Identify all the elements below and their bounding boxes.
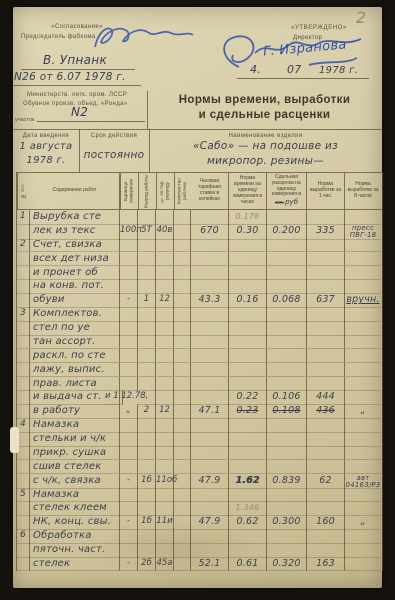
table-cell xyxy=(267,543,307,558)
table-cell xyxy=(267,501,307,516)
table-header-row: № п.п.Содержание работЕдиница измеренияР… xyxy=(17,173,382,210)
table-row: обуви-11243.30.160.068637вручн. xyxy=(17,293,382,307)
table-cell xyxy=(174,210,191,225)
column-header: Разряд работы xyxy=(138,173,156,209)
table-cell xyxy=(267,460,307,475)
table-row: лек из текс100п5Т40в6700.300.200335пресс… xyxy=(17,224,382,238)
table-row: прикр. сушка xyxy=(17,446,382,460)
table-cell xyxy=(120,210,138,225)
table-cell xyxy=(229,321,267,336)
table-cell xyxy=(191,377,229,392)
table-cell xyxy=(156,307,174,322)
table-cell xyxy=(17,404,30,419)
table-row: стельки и ч/к xyxy=(17,432,382,446)
table-cell xyxy=(120,252,138,267)
table-row: раскл. по сте xyxy=(17,349,382,363)
table-cell: Вырубка сте xyxy=(30,210,120,225)
table-cell: всех дет низа xyxy=(30,252,120,267)
table-cell xyxy=(267,377,307,392)
table-cell xyxy=(17,377,30,392)
table-cell xyxy=(267,418,307,433)
table-cell xyxy=(229,418,267,433)
underline xyxy=(237,78,369,79)
table-row: всех дет низа xyxy=(17,252,382,266)
divider xyxy=(147,91,148,129)
table-cell xyxy=(120,446,138,461)
table-cell xyxy=(17,279,30,294)
document-title: Нормы времени, выработки и сдельные расц… xyxy=(149,93,380,123)
table-cell xyxy=(138,363,156,378)
table-cell xyxy=(17,252,30,267)
table-cell xyxy=(17,557,30,572)
table-cell xyxy=(345,252,381,267)
table-cell xyxy=(156,210,174,225)
table-cell xyxy=(138,335,156,350)
term-value: постоянно xyxy=(79,149,149,161)
table-cell xyxy=(345,363,381,378)
table-row: с ч/к, связка-1б11об47.91.620.83962авт 0… xyxy=(17,474,382,488)
table-cell: и 1.12.78, xyxy=(105,390,123,405)
table-cell: 0.068 xyxy=(267,293,307,308)
table-cell xyxy=(229,488,267,503)
table-cell xyxy=(17,335,30,350)
table-cell xyxy=(229,279,267,294)
table-cell: 0.22 xyxy=(229,390,267,405)
table-cell xyxy=(156,266,174,281)
table-row: в работу„21247.10.230.108436„ xyxy=(17,404,382,418)
table-cell xyxy=(120,266,138,281)
table-cell xyxy=(345,543,381,558)
table-row: сшив стелек xyxy=(17,460,382,474)
table-cell xyxy=(191,349,229,364)
table-row: 2Счет, свизка xyxy=(17,238,382,252)
table-cell: 47.1 xyxy=(191,404,229,419)
table-cell xyxy=(267,238,307,253)
table-cell xyxy=(345,501,381,516)
table-cell xyxy=(307,279,345,294)
agreement-role: Председатель фабкома xyxy=(21,34,96,40)
table-cell: и пронет об xyxy=(30,266,120,281)
table-cell xyxy=(156,390,174,405)
table-cell xyxy=(307,266,345,281)
table-row: лажу, выпис. xyxy=(17,363,382,377)
table-cell xyxy=(307,529,345,544)
table-cell xyxy=(174,460,191,475)
table-cell xyxy=(17,390,30,405)
table-cell: 0.320 xyxy=(267,557,307,572)
table-cell xyxy=(267,266,307,281)
table-cell xyxy=(17,321,30,336)
table-cell: тан ассорт. xyxy=(30,335,120,350)
table-cell xyxy=(191,266,229,281)
table-row: стелек клеем1.346 xyxy=(17,501,382,515)
table-cell xyxy=(307,543,345,558)
table-cell xyxy=(229,363,267,378)
table-cell: 0.178 xyxy=(229,210,267,225)
table-cell xyxy=(138,210,156,225)
table-row: прав. листа xyxy=(17,377,382,391)
table-cell xyxy=(229,432,267,447)
table-cell: стелек клеем xyxy=(30,501,120,516)
table-cell xyxy=(345,349,381,364)
table-cell xyxy=(229,349,267,364)
approval-month: 07 xyxy=(287,63,302,76)
paper-tear xyxy=(10,427,19,453)
table-cell xyxy=(267,335,307,350)
column-header: Сдельная расценка на единицу измерения в… xyxy=(267,173,307,209)
table-cell xyxy=(307,210,345,225)
term-label: Срок действия xyxy=(79,133,149,139)
table-cell xyxy=(307,446,345,461)
table-cell xyxy=(138,501,156,516)
table-cell xyxy=(229,446,267,461)
table-cell xyxy=(307,460,345,475)
table-cell xyxy=(156,279,174,294)
table-cell: стельки и ч/к xyxy=(30,432,120,447)
column-header: Часовая тарифная ставка в копейках xyxy=(191,173,229,209)
approval-year: 1978 г. xyxy=(319,65,358,76)
table-cell xyxy=(156,363,174,378)
table-cell: „ xyxy=(345,515,381,530)
table-cell xyxy=(267,307,307,322)
table-cell xyxy=(17,460,30,475)
item-name-value: «Сабо» — на подошве из xyxy=(149,140,382,152)
table-cell xyxy=(191,321,229,336)
table-cell xyxy=(191,238,229,253)
section-label: участок xyxy=(15,117,34,123)
table-cell xyxy=(174,238,191,253)
table-cell xyxy=(120,279,138,294)
table-cell xyxy=(174,279,191,294)
table-cell xyxy=(174,501,191,516)
table-cell xyxy=(120,321,138,336)
table-cell xyxy=(174,252,191,267)
table-cell xyxy=(267,252,307,267)
table-cell: Намазка xyxy=(30,418,120,433)
table-cell xyxy=(267,363,307,378)
table-cell: 6 xyxy=(17,529,30,544)
table-cell xyxy=(307,377,345,392)
table-cell xyxy=(120,418,138,433)
approval-day: 4. xyxy=(250,63,261,76)
table-cell xyxy=(138,279,156,294)
table-cell: обуви xyxy=(30,293,120,308)
section-number: N2 xyxy=(71,105,88,119)
table-cell xyxy=(307,238,345,253)
table-cell xyxy=(174,307,191,322)
table-row: 5Намазка xyxy=(17,488,382,502)
table-cell xyxy=(156,488,174,503)
table-cell: 43.3 xyxy=(191,293,229,308)
table-cell: 0.108 xyxy=(267,404,307,419)
table-cell xyxy=(345,557,381,572)
underline xyxy=(37,121,145,122)
table-cell xyxy=(17,543,30,558)
document-paper: 2 «Согласование» Председатель фабкома В.… xyxy=(13,7,382,588)
table-cell xyxy=(191,307,229,322)
column-header: Единица измерения xyxy=(120,173,138,209)
table-cell xyxy=(174,377,191,392)
table-cell xyxy=(17,293,30,308)
table-cell: Намазка xyxy=(30,488,120,503)
table-cell xyxy=(267,279,307,294)
table-cell xyxy=(138,377,156,392)
table-cell xyxy=(191,363,229,378)
date-intro-value: 1 августа xyxy=(13,141,79,152)
column-header: Норма времени на единицу измерения в час… xyxy=(229,173,267,209)
underline xyxy=(21,69,135,70)
table-cell xyxy=(120,238,138,253)
table-cell: - xyxy=(120,293,138,308)
table-cell xyxy=(156,460,174,475)
table-cell xyxy=(229,238,267,253)
table-cell: 2 xyxy=(138,404,156,419)
item-name-value-2: микропор. резины— xyxy=(149,155,382,167)
table-cell: 160 xyxy=(307,515,345,530)
table-cell: 1 xyxy=(17,210,30,225)
title-line-2: и сдельные расценки xyxy=(149,108,380,123)
table-cell xyxy=(138,266,156,281)
paper-stain xyxy=(93,519,263,579)
table-cell xyxy=(267,432,307,447)
table-cell: 3 xyxy=(17,307,30,322)
table-cell: 1 xyxy=(138,293,156,308)
table-cell xyxy=(174,488,191,503)
table-cell xyxy=(345,377,381,392)
table-cell: лажу, выпис. xyxy=(30,363,120,378)
table-cell xyxy=(191,210,229,225)
table-cell: прикр. сушка xyxy=(30,446,120,461)
table-cell xyxy=(156,446,174,461)
table-cell xyxy=(191,335,229,350)
table-cell xyxy=(307,252,345,267)
table-cell xyxy=(345,432,381,447)
column-header: § по тар. разряду xyxy=(156,173,174,209)
table-cell: Счет, свизка xyxy=(30,238,120,253)
table-cell xyxy=(138,307,156,322)
table-cell xyxy=(267,529,307,544)
table-cell xyxy=(17,363,30,378)
table-cell: на конв. пот. xyxy=(30,279,120,294)
table-cell xyxy=(267,446,307,461)
column-header: № п.п. xyxy=(17,173,30,209)
table-row: 1Вырубка сте0.178 xyxy=(17,210,382,224)
table-cell xyxy=(307,488,345,503)
table-cell xyxy=(307,432,345,447)
table-cell xyxy=(120,432,138,447)
table-cell xyxy=(191,460,229,475)
table-cell: 12 xyxy=(156,404,174,419)
date-intro-label: Дата введения xyxy=(13,133,79,139)
table-cell xyxy=(17,501,30,516)
table-cell xyxy=(345,418,381,433)
underline xyxy=(13,85,141,86)
table-cell xyxy=(229,335,267,350)
date-intro-value-2: 1978 г. xyxy=(13,155,79,166)
table-cell xyxy=(174,349,191,364)
table-row: на конв. пот. xyxy=(17,279,382,293)
table-cell xyxy=(156,418,174,433)
table-cell xyxy=(156,349,174,364)
table-cell xyxy=(138,460,156,475)
table-cell xyxy=(229,460,267,475)
agreement-signatory-name: В. Упнанк xyxy=(43,53,107,67)
table-cell xyxy=(307,321,345,336)
table-cell: 1.346 xyxy=(229,501,267,516)
table-cell xyxy=(17,515,30,530)
table-cell xyxy=(267,210,307,225)
table-cell xyxy=(229,377,267,392)
table-cell: вручн. xyxy=(345,293,381,308)
table-cell xyxy=(174,404,191,419)
table-cell: в работу xyxy=(30,404,120,419)
table-cell xyxy=(156,501,174,516)
table-cell: 0.16 xyxy=(229,293,267,308)
table-cell xyxy=(191,252,229,267)
table-cell xyxy=(174,266,191,281)
table-cell: 0.300 xyxy=(267,515,307,530)
table-cell xyxy=(229,307,267,322)
table-cell xyxy=(345,279,381,294)
column-header: Количество рабочих xyxy=(174,173,191,209)
table-cell xyxy=(120,501,138,516)
table-cell: сшив стелек xyxy=(30,460,120,475)
table-cell xyxy=(267,488,307,503)
table-cell xyxy=(191,501,229,516)
table-cell xyxy=(345,488,381,503)
agreement-doc-number: N26 от 6.07 1978 г. xyxy=(14,71,126,83)
column-header: Норма выработки за 1 час. xyxy=(307,173,345,209)
table-cell xyxy=(174,293,191,308)
table-cell: прав. листа xyxy=(30,377,120,392)
table-cell xyxy=(307,418,345,433)
table-cell: „ xyxy=(120,404,138,419)
table-cell xyxy=(17,266,30,281)
table-cell: 637 xyxy=(307,293,345,308)
table-cell: стел по уе xyxy=(30,321,120,336)
table-cell xyxy=(191,418,229,433)
table-cell xyxy=(229,266,267,281)
table-row: и пронет об xyxy=(17,266,382,280)
table-cell xyxy=(307,349,345,364)
table-cell: Комплектов. xyxy=(30,307,120,322)
table-cell xyxy=(345,335,381,350)
table-cell xyxy=(138,238,156,253)
table-cell xyxy=(120,307,138,322)
table-cell xyxy=(120,335,138,350)
table-cell: 5 xyxy=(17,488,30,503)
table-cell xyxy=(191,390,229,405)
table-cell: 436 xyxy=(307,404,345,419)
table-cell xyxy=(138,488,156,503)
table-cell xyxy=(345,266,381,281)
table-cell xyxy=(138,321,156,336)
table-cell: 444 xyxy=(307,390,345,405)
table-cell xyxy=(229,252,267,267)
table-cell xyxy=(156,377,174,392)
table-cell xyxy=(345,238,381,253)
table-cell xyxy=(156,432,174,447)
table-cell: 2 xyxy=(17,238,30,253)
table-cell xyxy=(345,321,381,336)
table-cell xyxy=(174,335,191,350)
table-cell xyxy=(174,418,191,433)
table-cell xyxy=(156,238,174,253)
table-cell xyxy=(307,335,345,350)
table-cell xyxy=(307,363,345,378)
table-cell xyxy=(174,390,191,405)
table-cell xyxy=(191,279,229,294)
divider xyxy=(13,129,382,130)
table-cell xyxy=(120,377,138,392)
table-cell xyxy=(156,321,174,336)
table-row: 4Намазка xyxy=(17,418,382,432)
table-row: стел по уе xyxy=(17,321,382,335)
norms-table: № п.п.Содержание работЕдиница измеренияР… xyxy=(16,172,383,571)
table-cell xyxy=(120,460,138,475)
table-cell xyxy=(156,252,174,267)
table-row: 3Комплектов. xyxy=(17,307,382,321)
title-line-1: Нормы времени, выработки xyxy=(149,93,380,108)
table-cell xyxy=(120,349,138,364)
table-cell xyxy=(307,501,345,516)
table-cell xyxy=(138,252,156,267)
table-cell xyxy=(345,529,381,544)
org-line-1: Министерств. легк. пром. ЛССР xyxy=(27,92,127,98)
table-cell xyxy=(174,446,191,461)
table-row: и выдача ст.и 1.12.78,0.220.106444 xyxy=(17,390,382,404)
table-cell xyxy=(345,390,381,405)
table-cell: раскл. по сте xyxy=(30,349,120,364)
table-cell xyxy=(120,488,138,503)
table-cell: 0.106 xyxy=(267,390,307,405)
table-cell: 163 xyxy=(307,557,345,572)
column-header: Норма выработки за 8 часов xyxy=(345,173,381,209)
table-cell xyxy=(345,460,381,475)
table-cell xyxy=(174,363,191,378)
table-cell xyxy=(138,432,156,447)
table-cell: 12 xyxy=(156,293,174,308)
table-row: тан ассорт. xyxy=(17,335,382,349)
table-cell xyxy=(174,432,191,447)
table-cell xyxy=(191,446,229,461)
item-name-label: Наименование изделия xyxy=(149,133,382,139)
table-cell xyxy=(138,418,156,433)
table-cell xyxy=(267,321,307,336)
table-cell xyxy=(156,335,174,350)
table-cell xyxy=(174,321,191,336)
table-cell xyxy=(191,488,229,503)
table-cell xyxy=(267,349,307,364)
table-cell: 0.23 xyxy=(229,404,267,419)
table-cell xyxy=(345,210,381,225)
table-cell xyxy=(345,307,381,322)
table-cell xyxy=(120,363,138,378)
table-cell: „ xyxy=(345,404,381,419)
table-cell xyxy=(191,432,229,447)
table-cell xyxy=(17,349,30,364)
table-cell xyxy=(345,446,381,461)
table-cell xyxy=(138,446,156,461)
table-cell xyxy=(138,349,156,364)
table-cell xyxy=(307,307,345,322)
column-header: Содержание работ xyxy=(30,173,120,209)
